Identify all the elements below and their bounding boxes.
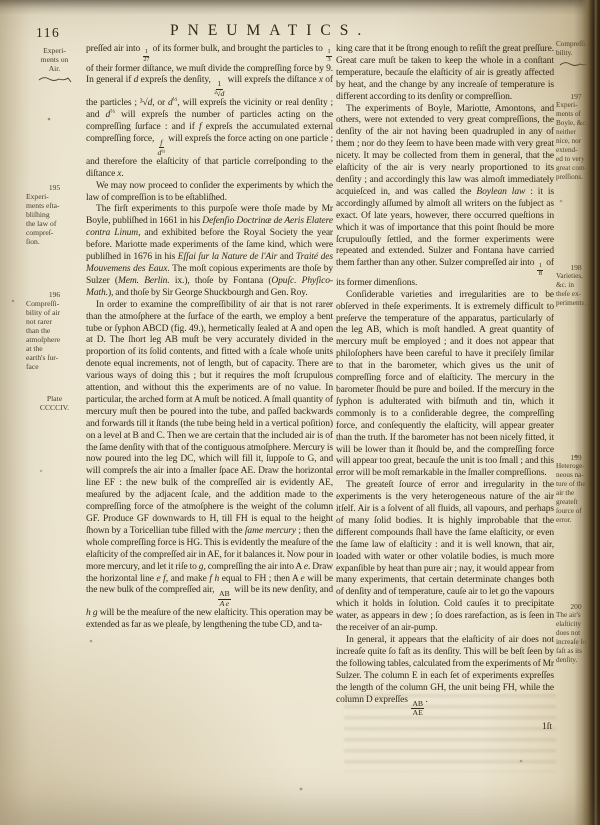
paragraph: The experiments of Boyle, Mariotte, Amon… [336,104,554,290]
fraction: fd⅔ [158,139,166,157]
fraction: ABA e [218,590,232,608]
margin-note: 195Experi- ments eſta- bliſhing the law … [26,183,83,246]
page-title: PNEUMATICS. [170,22,370,40]
margin-note: Experi- ments on Air. [26,46,83,84]
paragraph: We may now proceed to conſider the exper… [86,181,333,205]
margin-note-number: 196 [26,290,83,299]
paragraph: preſſed air into 127 of its former bulk,… [86,44,333,181]
left-margin-notes: Experi- ments on Air. 195Experi- ments e… [26,0,83,825]
book-binding-edge [574,0,600,825]
margin-note-text: Plate CCCCIV. [26,394,83,412]
fraction: 127 [143,49,149,64]
fraction: 18 [537,263,543,278]
left-column: preſſed air into 127 of its former bulk,… [86,44,333,632]
left-column-text: preſſed air into 127 of its former bulk,… [86,44,333,632]
paragraph: The greateſt ſource of error and irregul… [336,480,554,635]
fraction: 1³√d [214,80,224,98]
right-column: king care that it be ſtrong enough to re… [336,44,554,732]
margin-note-text: Experi- ments eſta- bliſhing the law of … [26,192,83,246]
paragraph: king care that it be ſtrong enough to re… [336,44,554,104]
paragraph: In order to examine the compreſſibility … [86,300,333,632]
page-showthrough [344,694,556,772]
flourish-icon [38,75,72,84]
paragraph: The firſt experiments to this purpoſe we… [86,204,333,299]
margin-note-text: Experi- ments on Air. [26,46,83,73]
paragraph: Conſiderable varieties and irregularitie… [336,290,554,481]
margin-note: Plate CCCCIV. [26,394,83,412]
right-column-text: king care that it be ſtrong enough to re… [336,44,554,717]
page-top-shadow [0,0,600,15]
margin-note: 196Compreſſi- bility of air not rarer th… [26,290,83,371]
margin-note-text: Compreſſi- bility of air not rarer than … [26,299,83,371]
fraction: 13 [326,49,332,64]
margin-note-number: 195 [26,183,83,192]
book-page-scan: 116 PNEUMATICS. Experi- ments on Air. 19… [0,0,600,825]
